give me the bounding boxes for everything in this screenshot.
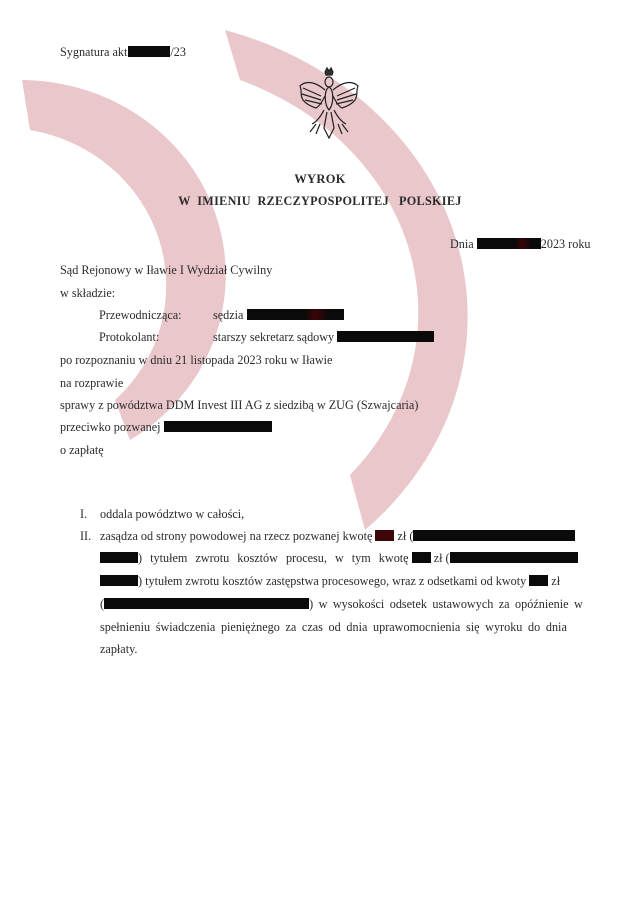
ruling-1-numeral: I. [80, 506, 87, 522]
composition-label: w składzie: [60, 285, 115, 301]
redacted-amount-2 [412, 552, 431, 563]
ruling-2-line-1: zasądza od strony powodowej na rzecz poz… [100, 528, 575, 544]
ruling-2-text-a: zasądza od strony powodowej na rzecz poz… [100, 529, 372, 543]
redacted-amount-3 [529, 575, 548, 586]
redacted-date [477, 238, 541, 249]
date-suffix: 2023 roku [541, 237, 591, 251]
case-number-label: Sygnatura akt [60, 45, 127, 59]
case-number-line: Sygnatura akt/23 [60, 44, 186, 60]
redacted-defendant-name [164, 421, 272, 432]
case-parties-line: sprawy z powództwa DDM Invest III AG z s… [60, 397, 418, 413]
hearing-line: po rozpoznaniu w dniu 21 listopada 2023 … [60, 352, 332, 368]
ruling-2-text-h: ) w wysokości odsetek ustawowych za opóź… [309, 597, 583, 611]
clerk-title: starszy sekretarz sądowy [213, 330, 334, 344]
judgment-subtitle: W IMIENIU RZECZYPOSPOLITEJ POLSKIEJ [0, 194, 640, 209]
court-name: Sąd Rejonowy w Iławie I Wydział Cywilny [60, 262, 272, 278]
presiding-line: sędzia [213, 307, 344, 323]
ruling-2-text-i: spełnieniu świadczenia pieniężnego za cz… [100, 620, 567, 634]
redacted-clerk-name [337, 331, 434, 342]
ruling-1-text: oddala powództwo w całości, [100, 506, 244, 522]
ruling-2-text-b: zł ( [398, 529, 414, 543]
redacted-judge-name [247, 309, 344, 320]
judgment-title: WYROK [0, 172, 640, 187]
ruling-2-text-e: ) tytułem zwrotu kosztów zastępstwa proc… [138, 574, 526, 588]
case-number-suffix: /23 [170, 45, 186, 59]
ruling-2-line-4: () w wysokości odsetek ustawowych za opó… [100, 596, 583, 612]
redacted-case-number [128, 46, 170, 57]
ruling-2-line-5: spełnieniu świadczenia pieniężnego za cz… [100, 619, 567, 635]
ruling-2-text-c: ) tytułem zwrotu kosztów procesu, w tym … [138, 551, 409, 565]
hearing-type: na rozprawie [60, 375, 123, 391]
date-prefix: Dnia [450, 237, 474, 251]
clerk-line: starszy sekretarz sądowy [213, 329, 434, 345]
redacted-amount-1 [375, 530, 394, 541]
redacted-amount-2-words [450, 552, 578, 563]
ruling-2-text-f: zł [551, 574, 560, 588]
case-subject: o zapłatę [60, 442, 104, 458]
redacted-amount-1-words [413, 530, 575, 541]
polish-eagle-emblem [294, 66, 364, 144]
ruling-2-numeral: II. [80, 528, 91, 544]
date-line: Dnia 2023 roku [450, 236, 591, 252]
ruling-2-line-2: ) tytułem zwrotu kosztów procesu, w tym … [100, 550, 578, 566]
defendant-label: przeciwko pozwanej [60, 420, 161, 434]
presiding-role: Przewodnicząca: [99, 307, 182, 323]
ruling-2-line-3: ) tytułem zwrotu kosztów zastępstwa proc… [100, 573, 560, 589]
defendant-line: przeciwko pozwanej [60, 419, 272, 435]
clerk-role: Protokolant: [99, 329, 159, 345]
redacted-amount-1-words-cont [100, 552, 138, 563]
ruling-2-line-6: zapłaty. [100, 641, 137, 657]
presiding-title: sędzia [213, 308, 243, 322]
redacted-amount-3-words [104, 598, 309, 609]
redacted-amount-2-words-cont [100, 575, 138, 586]
judgment-page: Sygnatura akt/23 WYROK W IMIENIU RZECZYP… [0, 0, 640, 905]
ruling-2-text-d: zł ( [434, 551, 450, 565]
